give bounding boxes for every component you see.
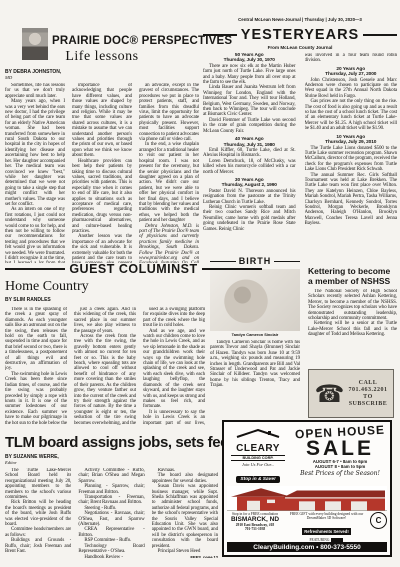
suzanne-werre-byline-title: Editor <box>5 460 218 465</box>
slim-randles-byline: BY SLIM RANDLES <box>5 297 262 303</box>
prairie-doc-column-3-text: an advocate, except in the gravest of ci… <box>139 83 199 224</box>
page-header-line: Central McLean News-Journal | Thursday |… <box>203 17 397 22</box>
cleary-brand: CLEARY <box>227 443 289 454</box>
newspaper-page: Central McLean News-Journal | Thursday |… <box>0 0 400 567</box>
join-us-text: Join Us For Our... <box>227 462 289 467</box>
subscribe-phone-number: 701.463.2201 <box>348 387 387 393</box>
jump-line: FEES, page 12 <box>152 555 218 559</box>
cleary-logo-block: CLEARY BUILDING CORP. Join Us For Our...… <box>227 425 289 485</box>
subscribe-text: CALL 701.463.2201 TO SUBSCRIBE <box>348 380 387 408</box>
free-gift-text: FREE GIFT with every building designed w… <box>286 512 367 520</box>
yesteryears-right-rule <box>363 34 397 36</box>
cleary-brand-sub: BUILDING CORP. <box>231 455 285 461</box>
tlm-article: TLM board assigns jobs, sets fees BY SUZ… <box>5 434 218 558</box>
yesteryears-title: YESTERYEARS <box>241 27 359 43</box>
sale-date-2: AUGUST 8 • 8am to 5pm <box>293 464 387 469</box>
kettering-headline: Kettering to become a member of NSHSS <box>308 267 397 286</box>
guest-columnist-banner: GUEST COLUMINST <box>69 262 197 276</box>
years-ago-text: There are now six elk at the Martin Hube… <box>203 64 296 134</box>
yesteryears-subtitle: From McLean County Journal <box>203 45 397 50</box>
subscribe-ad: ☎ CALL 701.463.2201 TO SUBSCRIBE <box>308 369 394 418</box>
yesteryears-left-rule <box>203 34 237 36</box>
tlm-headline: TLM board assigns jobs, sets fees <box>5 434 218 451</box>
home-country-title: Home Country <box>5 279 262 295</box>
guest-banner-left-rule <box>5 268 65 270</box>
refreshments-badge: Refreshments Served! <box>302 528 350 535</box>
prairie-doc-section: PRAIRIE DOC® PERSPECTIVES Life lessons B… <box>5 26 199 263</box>
tlm-column-1: The Turtle Lake-Mercer School Board held… <box>5 468 71 558</box>
cleary-footer-bar: ClearyBuilding.com • 800-373-5550 <box>227 542 387 552</box>
birth-right-rule <box>274 261 300 262</box>
prairie-doc-column-3: an advocate, except in the gravest of ci… <box>139 83 199 263</box>
debra-johnston-byline-title: MD <box>5 75 199 80</box>
years-ago-text: John Christenson, Josh Gessele and Marc … <box>305 78 398 132</box>
home-country-column-3-text: used as a swinging platform for exquisit… <box>143 307 205 425</box>
tlm-column-3: Ravnaas.The board also designated appoin… <box>152 468 218 558</box>
subscribe-call: CALL <box>359 380 378 386</box>
yesteryears-column-1: 50 Years Ago Thursday, July 30, 1970 The… <box>203 53 296 246</box>
home-country-column-1: There is in the splashing of the creek a… <box>5 307 67 425</box>
prairie-doc-column-1: Sometimes, life has lessons for us that … <box>5 83 65 263</box>
kettering-article: Kettering to become a member of NSHSS Th… <box>308 267 397 361</box>
building-illustration <box>227 486 387 511</box>
cleary-medallion-icon: C <box>370 512 387 529</box>
subscribe-word: SUBSCRIBE <box>349 401 388 407</box>
sale-text: SALE <box>293 439 387 458</box>
best-prices-text: Best Prices of the Season! <box>293 470 387 477</box>
debra-johnston-photo <box>22 28 48 60</box>
home-country-column-3: used as a swinging platform for exquisit… <box>143 307 205 425</box>
roof-icon <box>235 429 281 438</box>
cleary-phone: 701-751-1038 <box>227 527 283 531</box>
subscribe-to: TO <box>363 394 373 400</box>
years-ago-text: Pastor David N. Thoreson announced his r… <box>203 189 296 232</box>
stop-in-save-badge: Stop in & Save! <box>236 476 279 483</box>
carryover-text: was involved in a four team round robin … <box>305 53 398 64</box>
years-ago-text: Emil Kiffler, 60, Turtle Lake, died at S… <box>203 148 296 175</box>
author-bio: Debra Johnston, M.D. is part of The Prai… <box>139 224 199 263</box>
tlm-column-3-text: Ravnaas.The board also designated appoin… <box>152 468 218 555</box>
telephone-icon: ☎ <box>315 382 345 406</box>
guest-banner-right-rule <box>202 268 262 270</box>
cleary-building-ad: CLEARY BUILDING CORP. Join Us For Our...… <box>222 420 392 557</box>
kettering-body: The National Society of High School Scho… <box>308 289 397 361</box>
prairie-doc-column-2: importance of acknowledging that people … <box>72 83 132 263</box>
tlm-column-2: Activity Committee - Ruffo, chair; Brian… <box>78 468 144 558</box>
guest-columnist-section: GUEST COLUMINST Home Country BY SLIM RAN… <box>5 262 262 425</box>
medallion-letter: C <box>376 516 382 525</box>
years-ago-text: The Turtle Lake Lions donated $500 to th… <box>305 146 398 227</box>
cleary-city: BISMARCK, ND <box>227 516 283 523</box>
home-country-column-2: just a creek again. And in this widening… <box>74 307 136 425</box>
yesteryears-section: YESTERYEARS From McLean County Journal 5… <box>203 27 397 246</box>
yesteryears-column-2: was involved in a four team round robin … <box>305 53 398 246</box>
